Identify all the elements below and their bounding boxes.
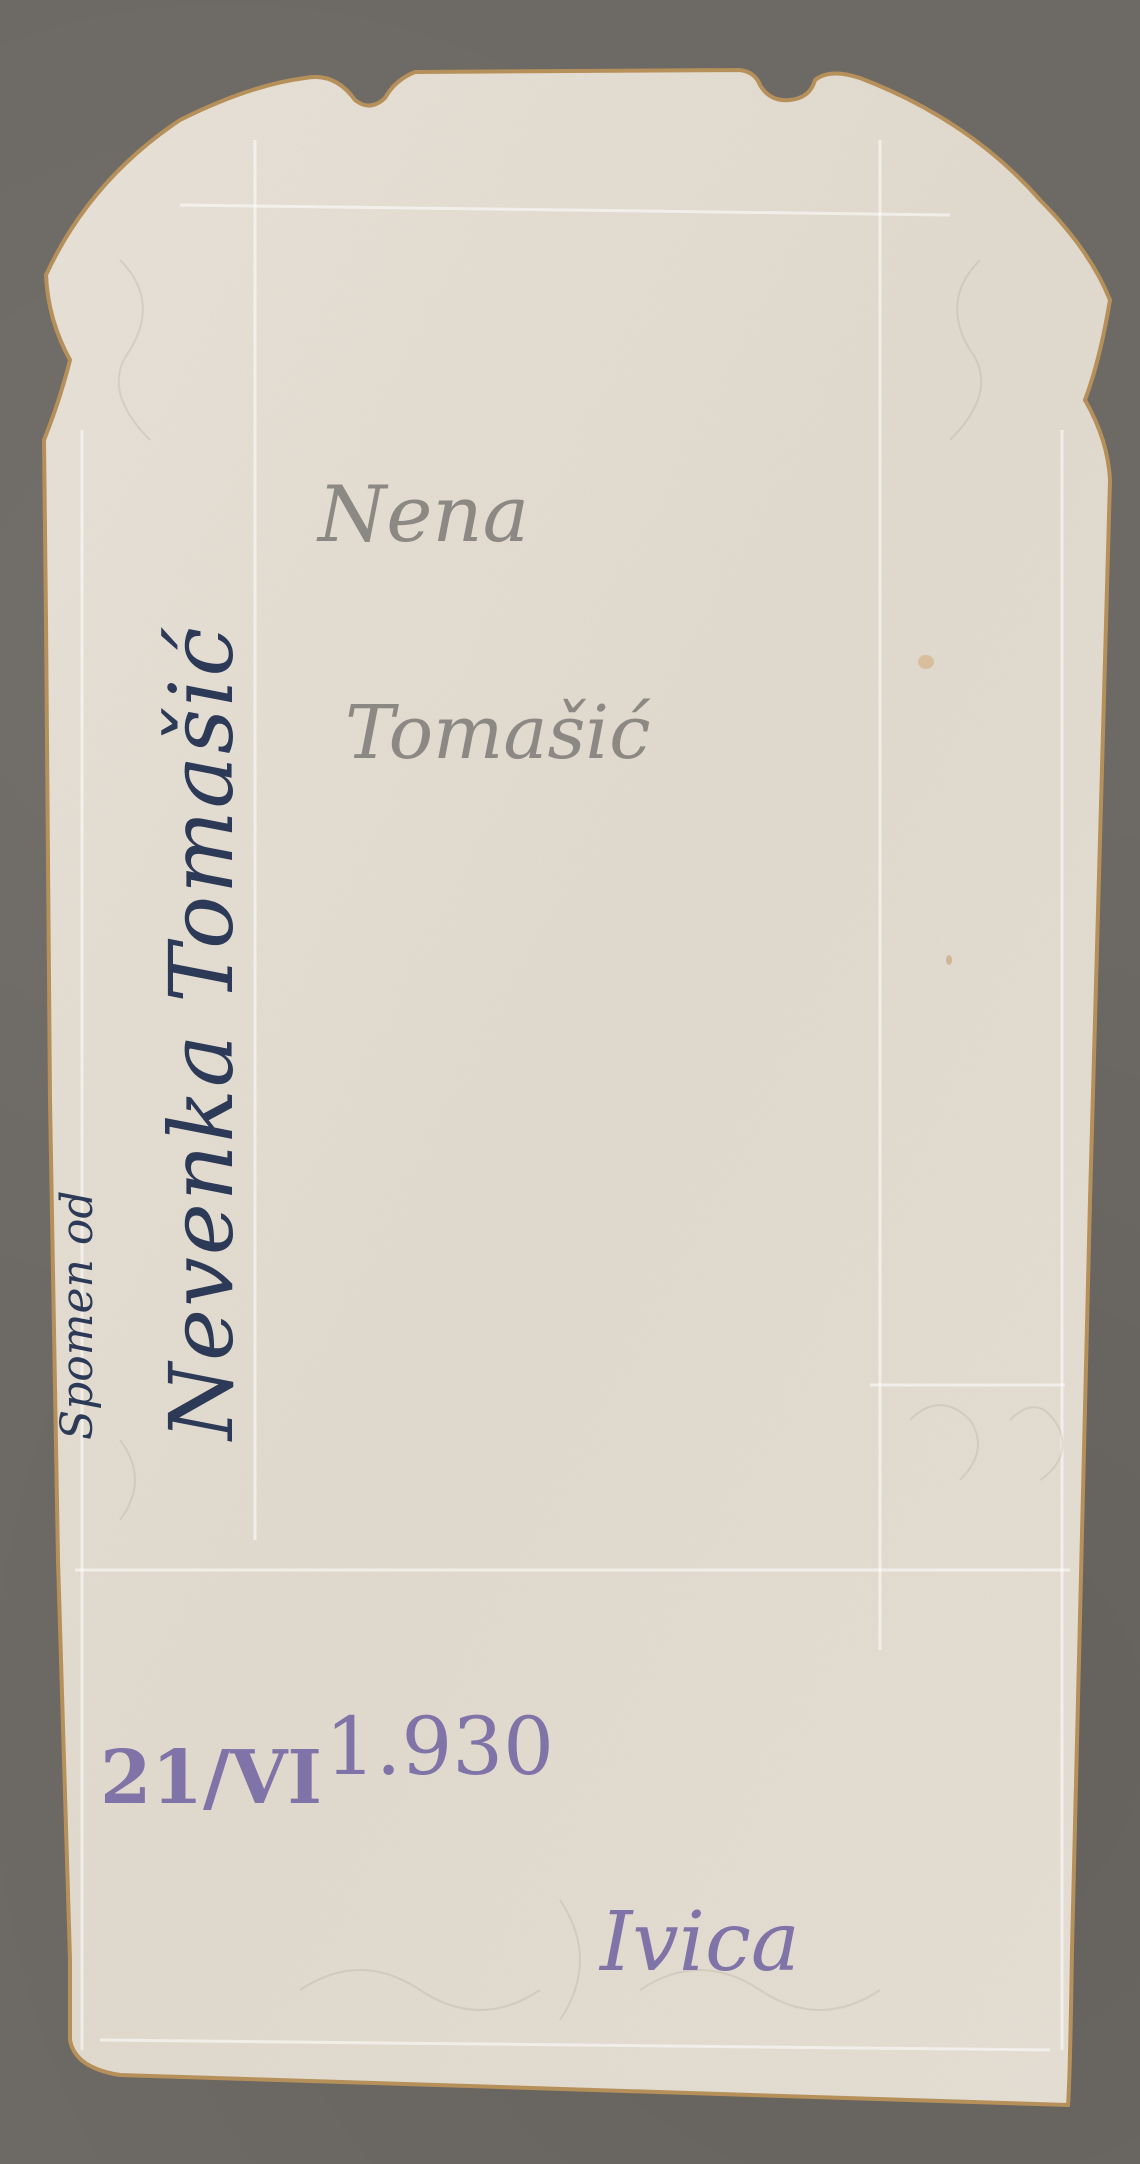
date-day-month: 21/VI — [100, 1735, 322, 1821]
pencil-first-name: Nena — [318, 470, 529, 560]
dedication-name: Nevenka Tomašić — [150, 625, 253, 1440]
place-name: Ivica — [600, 1895, 800, 1990]
dedication-line-1: Spomen od — [52, 1190, 103, 1440]
date-year: 1.930 — [325, 1700, 554, 1793]
photo-card-back: Spomen od Nevenka Tomašić Nena Tomašić 2… — [0, 0, 1140, 2164]
stain-spot — [918, 655, 934, 669]
pencil-last-name: Tomašić — [345, 690, 651, 776]
stain-spot-small — [946, 955, 952, 965]
